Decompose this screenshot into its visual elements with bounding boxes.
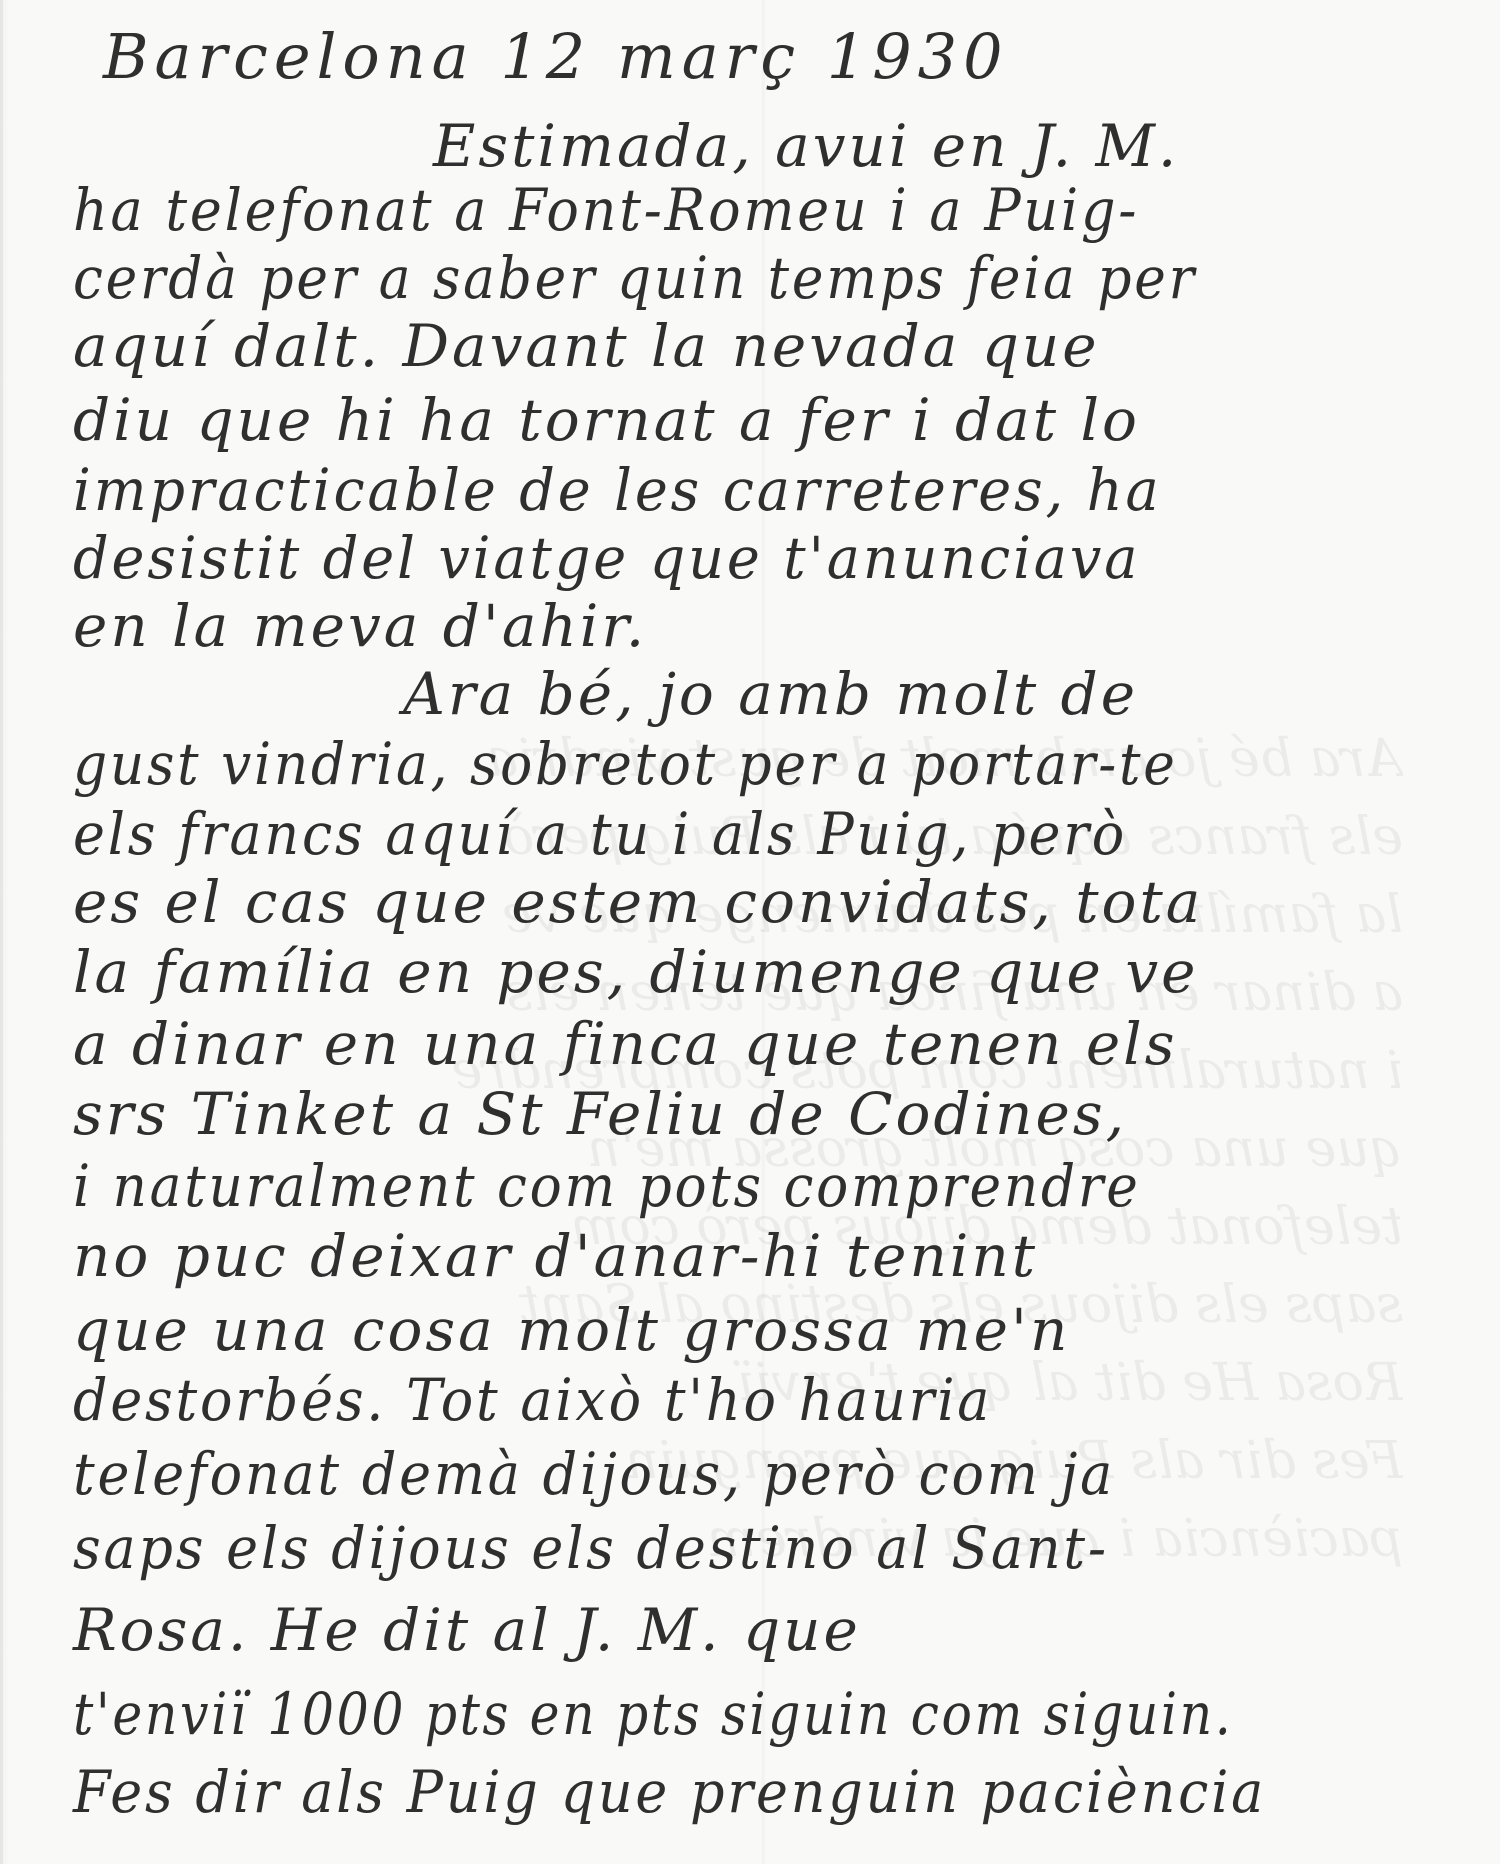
letter-line: destorbés. Tot això t'ho hauria [73, 1366, 992, 1434]
letter-line: aquí dalt. Davant la nevada que [73, 312, 1100, 380]
letter-line: ha telefonat a Font-Romeu i a Puig- [73, 176, 1139, 244]
letter-line: impracticable de les carreteres, ha [73, 456, 1162, 524]
letter-line: es el cas que estem convidats, tota [73, 868, 1203, 936]
letter-line: Fes dir als Puig que prenguin paciència [73, 1758, 1266, 1826]
letter-line: que una cosa molt grossa me'n [73, 1296, 1070, 1364]
letter-line: cerdà per a saber quin temps feia per [73, 244, 1197, 312]
letter-line: Ara bé, jo amb molt de [403, 660, 1138, 728]
letter-line: Rosa. He dit al J. M. que [73, 1596, 861, 1664]
letter-line: diu que hi ha tornat a fer i dat lo [73, 386, 1140, 454]
letter-page: Ara bé jo amb molt de gust vindria els f… [0, 0, 1500, 1864]
letter-line: gust vindria, sobretot per a portar-te [73, 730, 1178, 798]
letter-line: t'enviï 1000 pts en pts siguin com sigui… [73, 1680, 1233, 1748]
letter-line: els francs aquí a tu i als Puig, però [73, 800, 1127, 868]
letter-dateline: Barcelona 12 març 1930 [103, 20, 1009, 93]
letter-line: saps els dijous els destino al Sant- [73, 1514, 1109, 1582]
letter-line: no puc deixar d'anar-hi tenint [73, 1222, 1038, 1290]
letter-line: srs Tinket a St Feliu de Codines, [73, 1080, 1127, 1148]
letter-line: en la meva d'ahir. [73, 592, 647, 660]
letter-line: desistit del viatge que t'anunciava [73, 524, 1140, 592]
letter-line: la família en pes, diumenge que ve [73, 938, 1198, 1006]
letter-line: a dinar en una finca que tenen els [73, 1010, 1177, 1078]
letter-line: i naturalment com pots comprendre [73, 1152, 1141, 1220]
letter-line: telefonat demà dijous, però com ja [73, 1440, 1115, 1508]
letter-line: Estimada, avui en J. M. [433, 112, 1179, 180]
